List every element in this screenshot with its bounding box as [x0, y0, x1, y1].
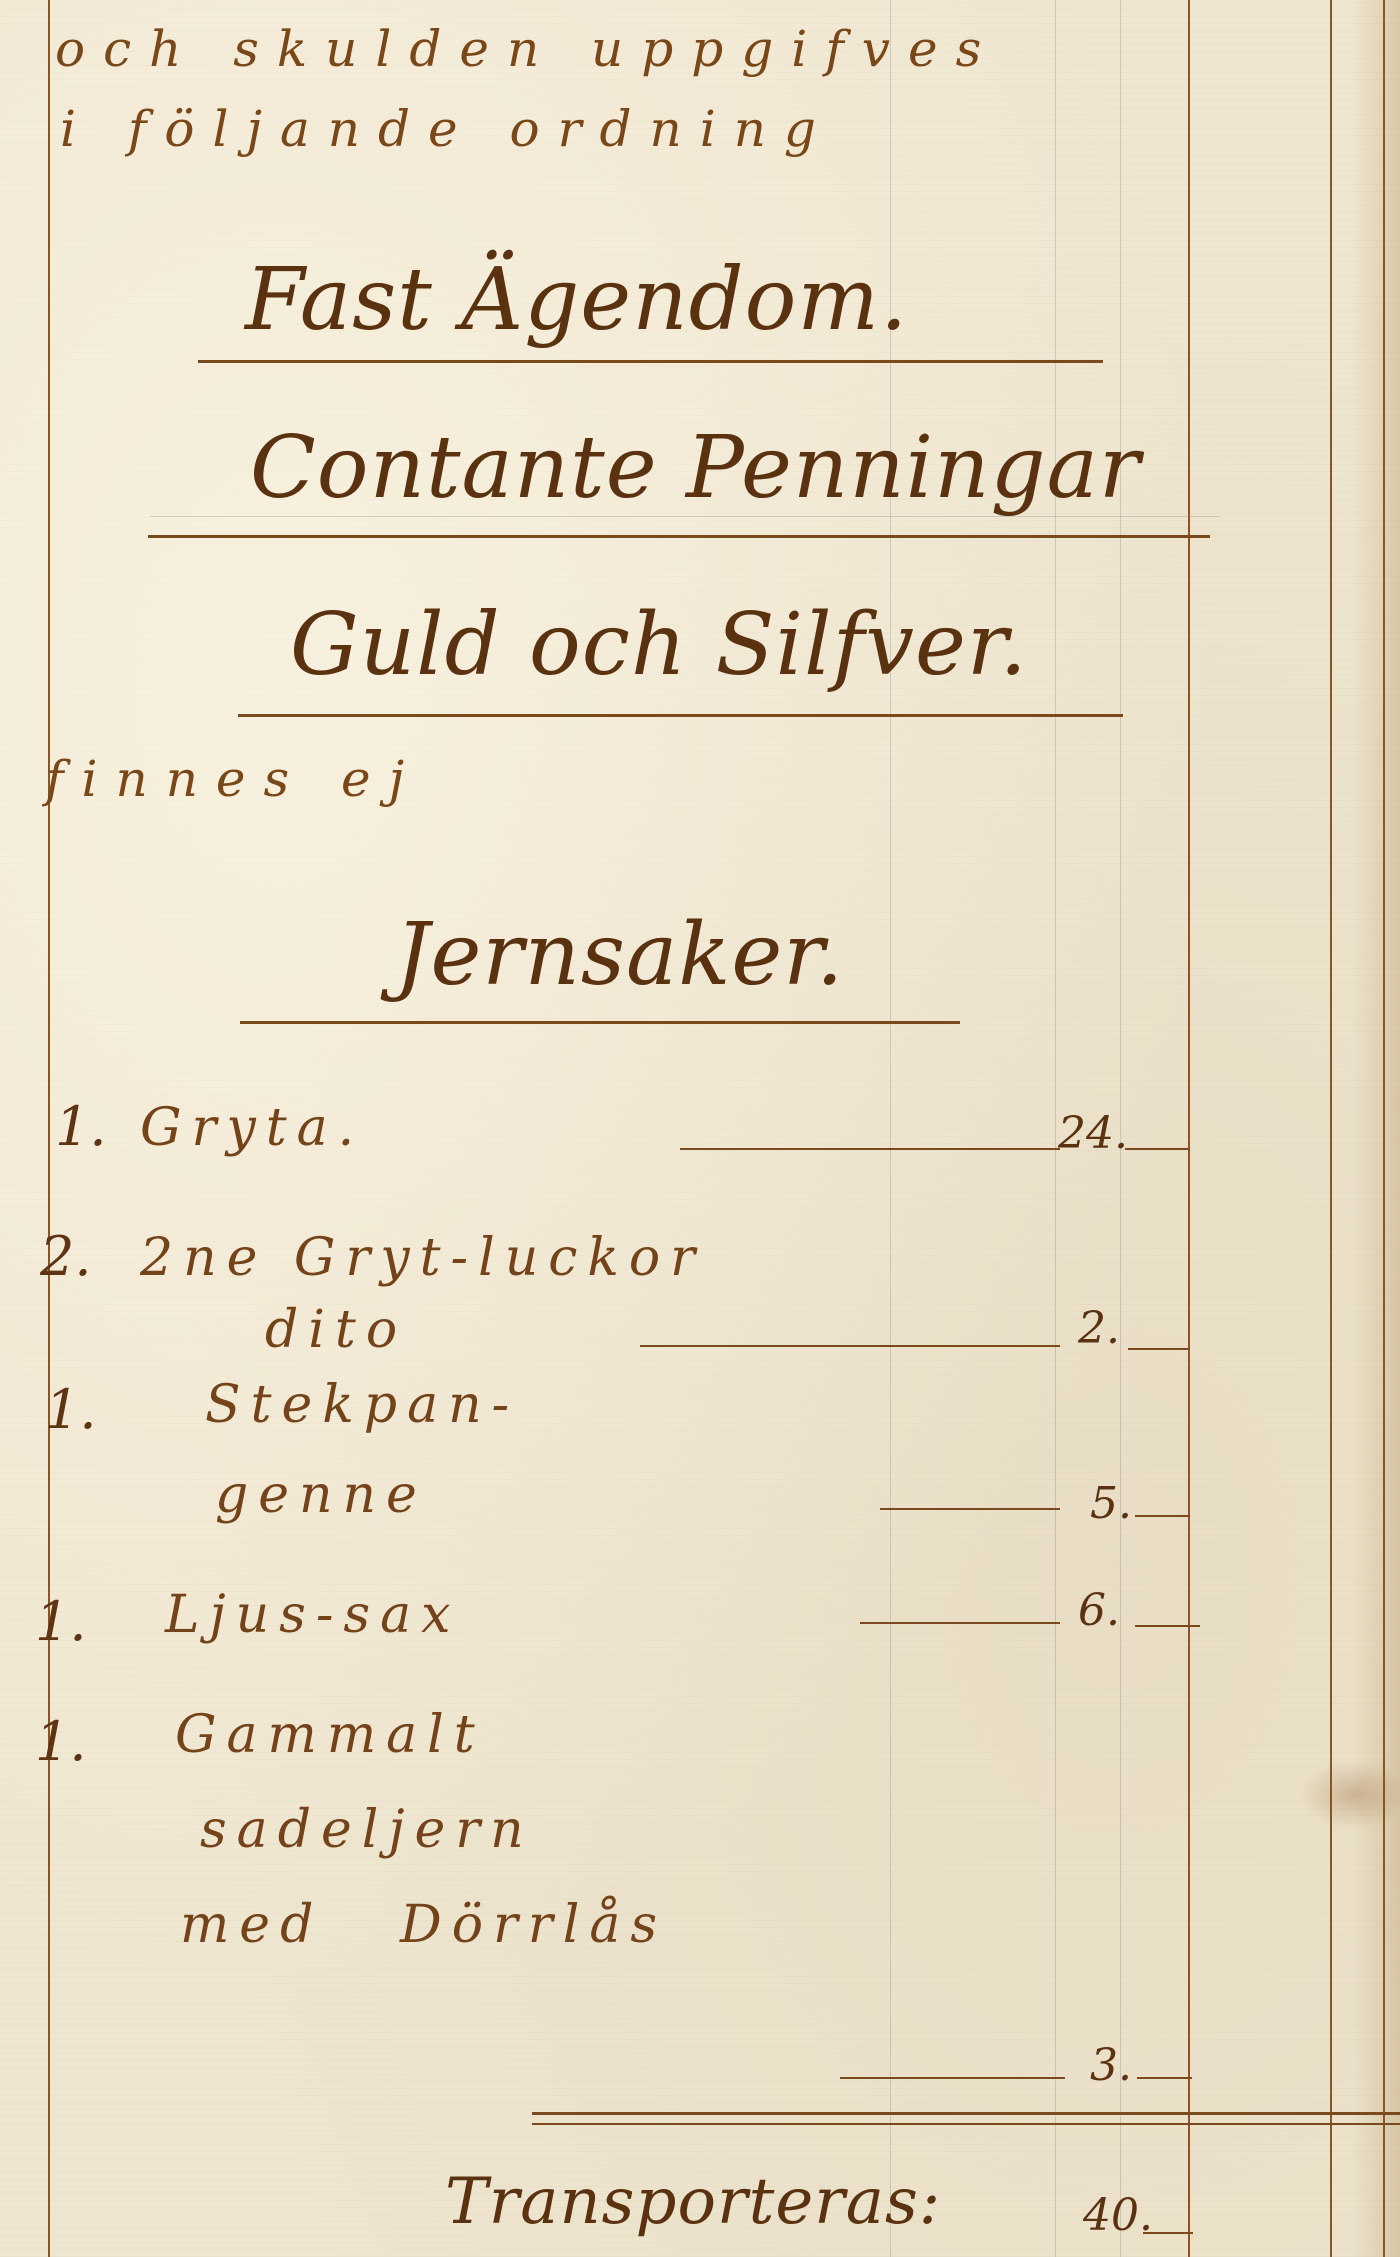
item-description: 2ne Gryt-luckor: [140, 1228, 705, 1288]
heading-underline: [198, 360, 1103, 363]
leader-line: [880, 1508, 1060, 1510]
total-double-rule-bottom: [532, 2123, 1400, 2125]
pencil-guide-line: [1055, 0, 1056, 2257]
intro-line-1: och skulden uppgifves: [55, 20, 999, 78]
item-amount: 6.: [1078, 1585, 1120, 1636]
leader-line: [860, 1622, 1060, 1624]
leader-line: [1128, 1348, 1190, 1350]
item-amount: 3.: [1090, 2040, 1132, 2091]
heading-underline: [238, 714, 1123, 717]
leader-line: [1135, 1625, 1200, 1627]
ink-stain: [1300, 1760, 1400, 1830]
item-amount: 24.: [1058, 1108, 1128, 1159]
leader-line: [1135, 1515, 1190, 1517]
leader-line: [1125, 1148, 1190, 1150]
leader-line: [1137, 2077, 1192, 2079]
left-margin-rule: [48, 0, 50, 2257]
item-description: Stekpan-: [205, 1375, 519, 1435]
pencil-baseline: [150, 516, 1220, 517]
page-gutter-shadow: [1352, 0, 1400, 2257]
item-qty: 1.: [45, 1378, 97, 1441]
item-qty: 1.: [35, 1710, 87, 1773]
heading-cash: Contante Penningar: [250, 418, 1141, 518]
item-description: Gryta.: [140, 1098, 364, 1158]
amount-column-rule: [1188, 0, 1190, 2257]
total-double-rule-top: [532, 2112, 1400, 2115]
heading-underline: [240, 1021, 960, 1024]
leader-line: [680, 1148, 1060, 1150]
item-description: sadeljern: [200, 1800, 534, 1860]
heading-iron-goods: Jernsaker.: [395, 905, 844, 1005]
item-qty: 2.: [40, 1225, 92, 1288]
item-description: Dörrlås: [400, 1895, 667, 1955]
transport-label: Transporteras:: [445, 2165, 941, 2239]
heading-underline: [148, 535, 1210, 538]
item-description: dito: [265, 1300, 407, 1360]
item-description: genne: [215, 1465, 427, 1525]
item-amount: 5.: [1090, 1478, 1132, 1529]
heading-gold-silver: Guld och Silfver.: [290, 595, 1028, 695]
item-qty: 1.: [55, 1095, 107, 1158]
none-note: finnes ej: [45, 750, 422, 808]
item-description: Gammalt: [175, 1705, 485, 1765]
item-qty: 1.: [35, 1590, 87, 1653]
leader-line: [640, 1345, 1060, 1347]
item-description: med: [180, 1895, 323, 1955]
item-amount: 2.: [1078, 1303, 1120, 1354]
leader-line: [840, 2077, 1065, 2079]
item-description: Ljus-sax: [165, 1585, 460, 1645]
intro-line-2: i följande ordning: [60, 100, 834, 158]
leader-line: [1143, 2232, 1193, 2234]
page-edge-rule: [1383, 0, 1385, 2257]
heading-real-estate: Fast Ägendom.: [245, 250, 908, 350]
outer-column-rule: [1330, 0, 1332, 2257]
